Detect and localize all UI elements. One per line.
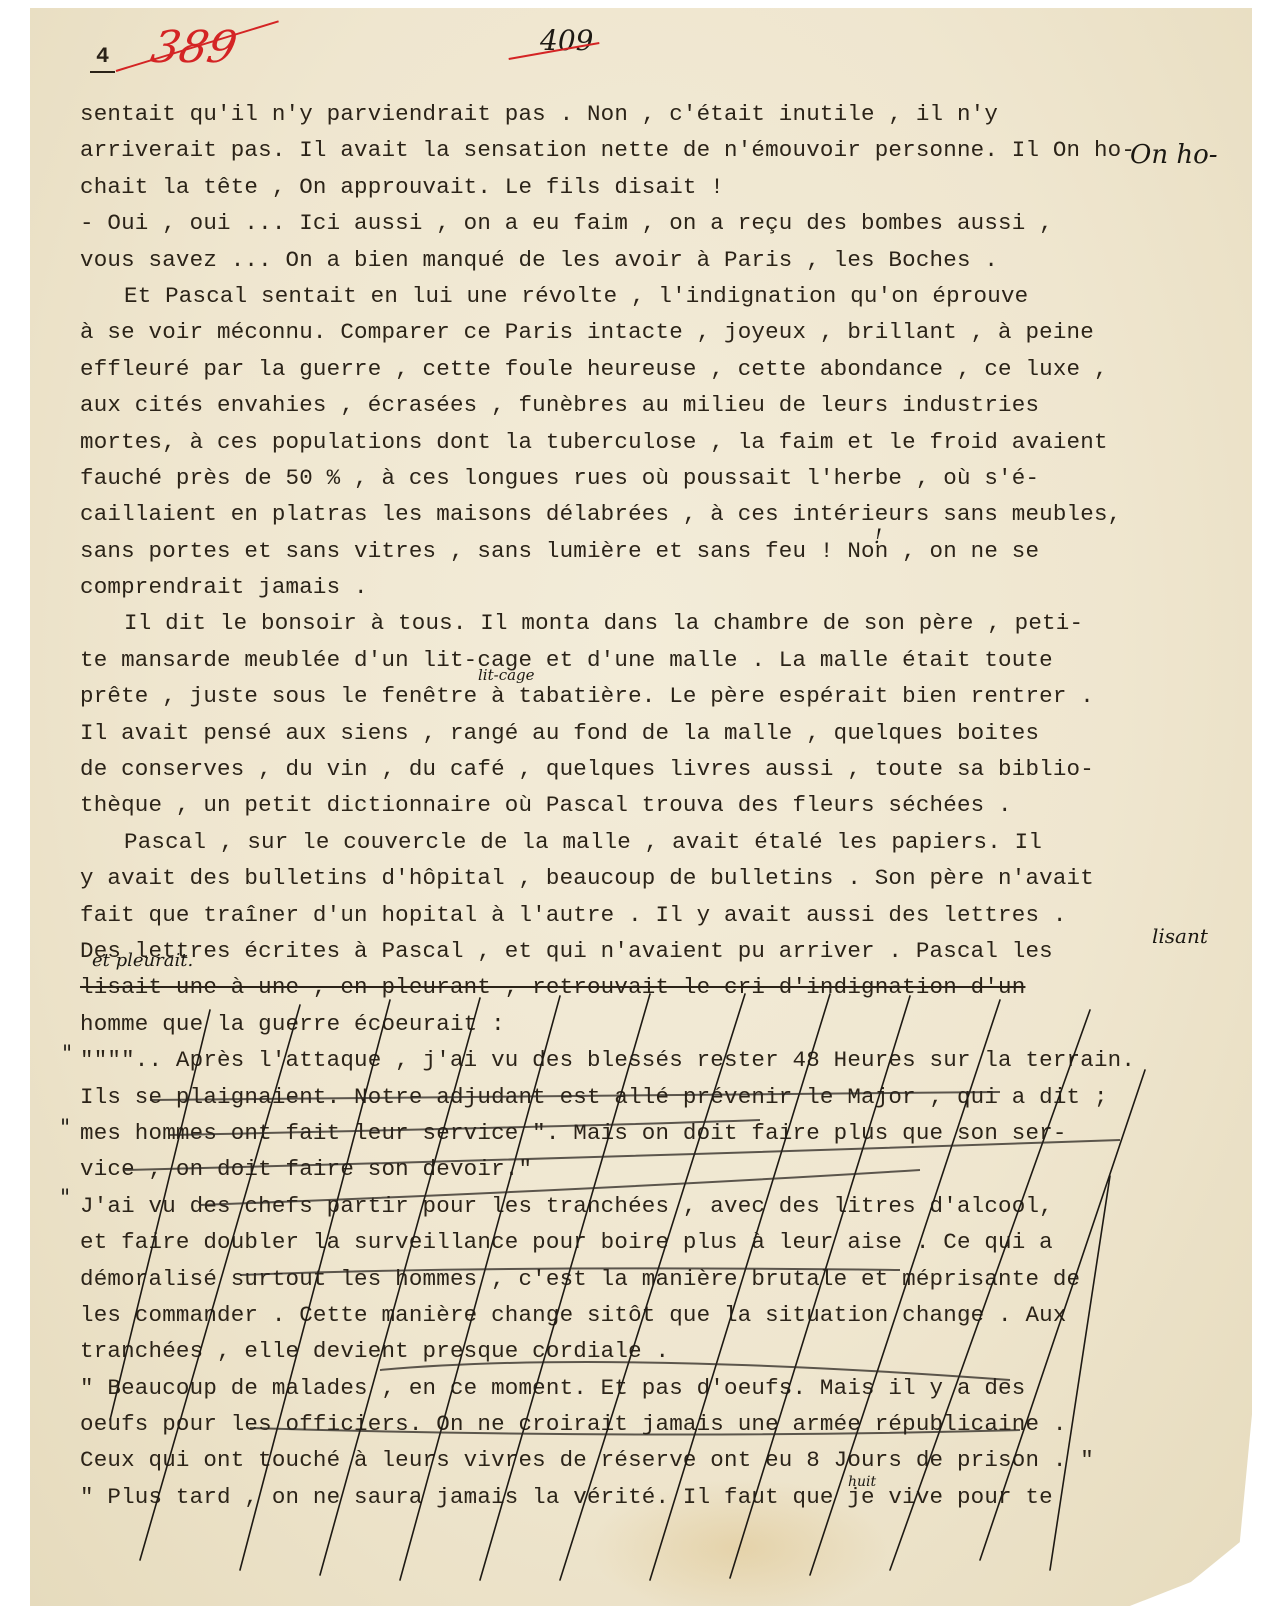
- text-line: mes hommes ont fait leur service ". Mais…: [80, 1115, 1210, 1151]
- text-line: aux cités envahies , écrasées , funèbres…: [80, 387, 1210, 423]
- text-line: Ils se plaignaient. Notre adjudant est a…: [80, 1079, 1210, 1115]
- text-line: tranchées , elle devient presque cordial…: [80, 1333, 1210, 1369]
- text-line: Pascal , sur le couvercle de la malle , …: [80, 824, 1210, 860]
- text-line: de conserves , du vin , du café , quelqu…: [80, 751, 1210, 787]
- margin-quote-mark: ": [60, 1186, 70, 1211]
- text-line: te mansarde meublée d'un lit-cage et d'u…: [80, 642, 1210, 678]
- handwritten-huit: huit: [848, 1474, 876, 1490]
- text-line: J'ai vu des chefs partir pour les tranch…: [80, 1188, 1210, 1224]
- text-line: sans portes et sans vitres , sans lumièr…: [80, 533, 1210, 569]
- text-line: les commander . Cette manière change sit…: [80, 1297, 1210, 1333]
- text-line: arriverait pas. Il avait la sensation ne…: [80, 132, 1210, 168]
- text-line: y avait des bulletins d'hôpital , beauco…: [80, 860, 1210, 896]
- handwritten-lisant: lisant: [1152, 924, 1208, 948]
- text-line: - Oui , oui ... Ici aussi , on a eu faim…: [80, 205, 1210, 241]
- handwritten-on-hochait: On ho-: [1130, 140, 1218, 170]
- text-line: effleuré par la guerre , cette foule heu…: [80, 351, 1210, 387]
- margin-quote-mark: ": [62, 1042, 72, 1067]
- text-line: caillaient en platras les maisons délabr…: [80, 496, 1210, 532]
- typed-text-body: sentait qu'il n'y parviendrait pas . Non…: [80, 96, 1210, 1515]
- text-line: Il avait pensé aux siens , rangé au fond…: [80, 715, 1210, 751]
- handwritten-lit-cage: lit-cage: [478, 666, 535, 684]
- text-line: " Plus tard , on ne saura jamais la véri…: [80, 1479, 1210, 1515]
- typed-page-number: 4: [90, 44, 115, 73]
- margin-quote-mark: ": [60, 1116, 70, 1141]
- text-line: oeufs pour les officiers. On ne croirait…: [80, 1406, 1210, 1442]
- handwritten-exclamation: !: [874, 524, 882, 548]
- text-line: Des lettres écrites à Pascal , et qui n'…: [80, 933, 1210, 969]
- text-line: thèque , un petit dictionnaire où Pascal…: [80, 787, 1210, 823]
- text-line: Il dit le bonsoir à tous. Il monta dans …: [80, 605, 1210, 641]
- text-line: """".. Après l'attaque , j'ai vu des ble…: [80, 1042, 1210, 1078]
- text-line: " Beaucoup de malades , en ce moment. Et…: [80, 1370, 1210, 1406]
- text-line: vous savez ... On a bien manqué de les a…: [80, 242, 1210, 278]
- text-line: fauché près de 50 % , à ces longues rues…: [80, 460, 1210, 496]
- text-line: Et Pascal sentait en lui une révolte , l…: [80, 278, 1210, 314]
- struck-text-line: lisait une à une , en pleurant , retrouv…: [80, 969, 1210, 1005]
- text-line: sentait qu'il n'y parviendrait pas . Non…: [80, 96, 1210, 132]
- text-line: mortes, à ces populations dont la tuberc…: [80, 424, 1210, 460]
- text-line: prête , juste sous le fenêtre à tabatièr…: [80, 678, 1210, 714]
- text-line: et faire doubler la surveillance pour bo…: [80, 1224, 1210, 1260]
- text-line: démoralisé surtout les hommes , c'est la…: [80, 1261, 1210, 1297]
- text-line: homme que la guerre écoeurait :: [80, 1006, 1210, 1042]
- text-line: à se voir méconnu. Comparer ce Paris int…: [80, 314, 1210, 350]
- text-line: comprendrait jamais .: [80, 569, 1210, 605]
- text-line: chait la tête , On approuvait. Le fils d…: [80, 169, 1210, 205]
- text-line: fait que traîner d'un hopital à l'autre …: [80, 897, 1210, 933]
- text-line: vice , on doit faire son devoir.": [80, 1151, 1210, 1187]
- text-line: Ceux qui ont touché à leurs vivres de ré…: [80, 1442, 1210, 1478]
- handwritten-et-pleurait: et pleurait.: [92, 950, 193, 971]
